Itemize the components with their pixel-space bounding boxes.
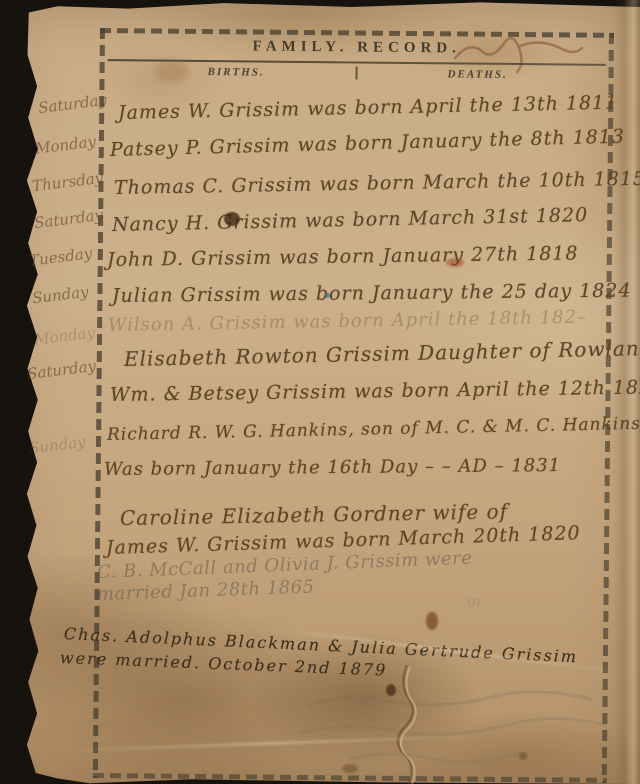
column-divider — [356, 66, 358, 79]
pencil-mark: (1) — [468, 597, 480, 608]
rust-stain — [446, 258, 464, 267]
birth-entry: Julian Grissim was born January the 25 d… — [112, 282, 632, 306]
stain-spot — [519, 752, 527, 760]
ink-scribble — [450, 28, 590, 78]
ink-blot — [224, 212, 240, 226]
stain-spot — [155, 60, 189, 82]
paper-tear — [375, 665, 435, 784]
rust-stain — [426, 612, 438, 630]
birth-entry: Was born January the 16th Day – – AD – 1… — [104, 457, 561, 479]
pencil-traces — [290, 685, 620, 775]
dark-spot — [386, 684, 396, 696]
births-column-header: BIRTHS. — [208, 66, 265, 79]
stain-spot — [342, 764, 358, 773]
blue-speck — [325, 293, 330, 298]
photo-of-family-record-page: FAMILY. RECORD. BIRTHS. DEATHS. Saturday… — [0, 0, 640, 784]
birth-entry: Caroline Elizabeth Gordner wife of — [120, 501, 508, 528]
